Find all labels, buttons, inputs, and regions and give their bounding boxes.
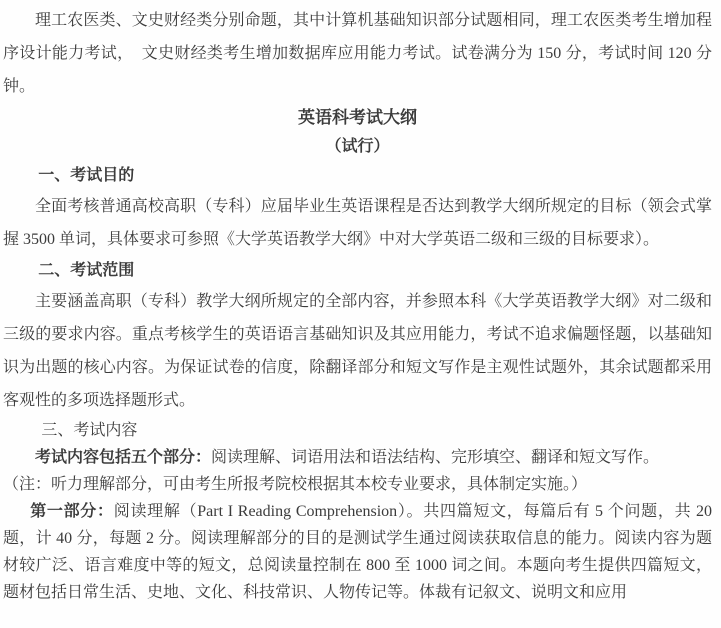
- section2-paragraph: 主要涵盖高职（专科）教学大纲所规定的全部内容，并参照本科《大学英语教学大纲》对二…: [3, 285, 712, 417]
- content-overview-text: 阅读理解、词语用法和语法结构、完形填空、翻译和短文写作。: [211, 449, 659, 466]
- document-subtitle: （试行）: [3, 132, 712, 161]
- content-overview-lead: 考试内容包括五个部分：: [35, 449, 211, 466]
- note-paragraph: （注：听力理解部分，可由考生所报考院校根据其本校专业要求，具体制定实施。）: [3, 471, 712, 498]
- document-page: 理工农医类、文史财经类分别命题，其中计算机基础知识部分试题相同，理工农医类考生增…: [0, 0, 721, 628]
- part1-lead: 第一部分：: [30, 503, 114, 520]
- section1-paragraph: 全面考核普通高校高职（专科）应届毕业生英语课程是否达到教学大纲所规定的目标（领会…: [3, 190, 712, 256]
- section1-heading: 一、考试目的: [3, 161, 712, 190]
- section3-heading: 三、考试内容: [3, 417, 712, 444]
- section2-heading: 二、考试范围: [3, 256, 712, 285]
- part1-paragraph: 第一部分：阅读理解（Part I Reading Comprehension）。…: [3, 498, 712, 606]
- document-title: 英语科考试大纲: [3, 103, 712, 132]
- intro-paragraph: 理工农医类、文史财经类分别命题，其中计算机基础知识部分试题相同，理工农医类考生增…: [3, 4, 712, 103]
- content-overview-paragraph: 考试内容包括五个部分：阅读理解、词语用法和语法结构、完形填空、翻译和短文写作。: [3, 444, 712, 471]
